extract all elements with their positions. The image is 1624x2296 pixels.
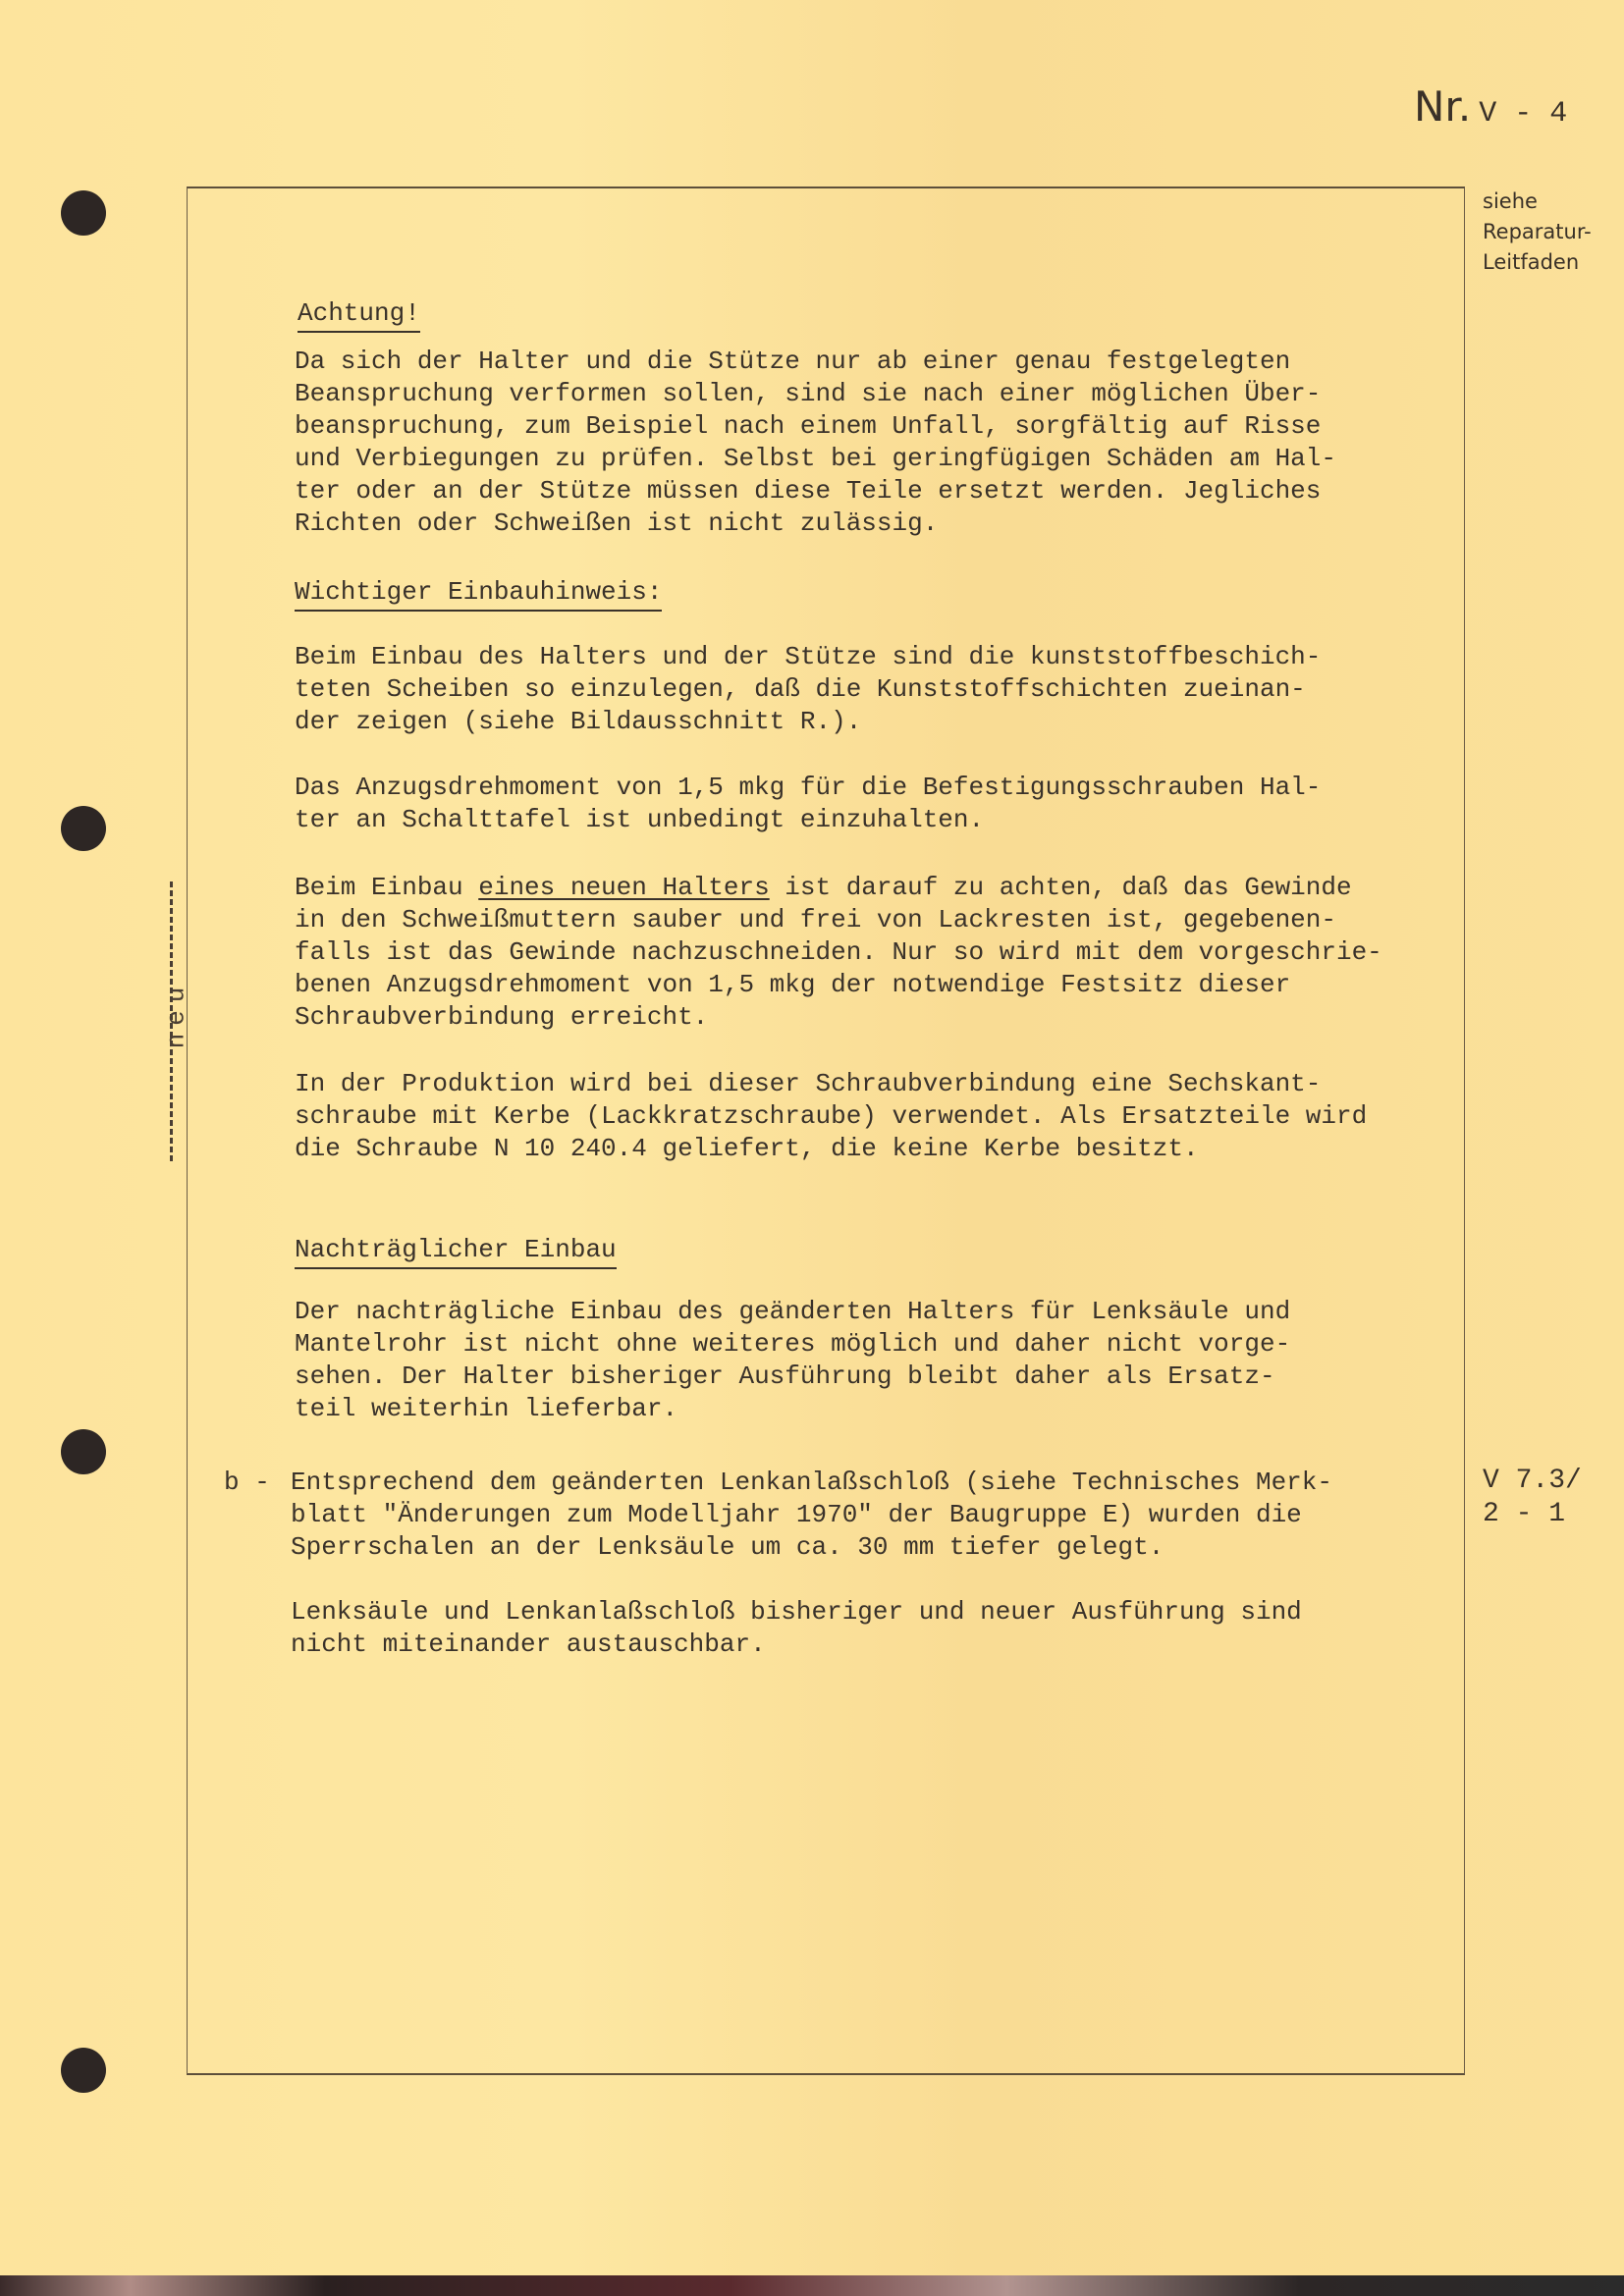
margin-reference-item-b: V 7.3/ 2 - 1: [1483, 1465, 1582, 1531]
margin-ref-line: Leitfaden: [1483, 247, 1592, 278]
text-line: die Schraube N 10 240.4 geliefert, die k…: [295, 1133, 1367, 1165]
paragraph-achtung: Da sich der Halter und die Stütze nur ab…: [295, 346, 1336, 540]
text-line: Der nachträgliche Einbau des geänderten …: [295, 1296, 1290, 1328]
text-span: Beim Einbau: [295, 873, 478, 902]
margin-ref-line: Reparatur-: [1483, 217, 1592, 247]
text-line: beanspruchung, zum Beispiel nach einem U…: [295, 410, 1336, 443]
punch-hole-icon: [61, 190, 106, 236]
text-line: sehen. Der Halter bisheriger Ausführung …: [295, 1361, 1290, 1393]
punch-hole-icon: [61, 2048, 106, 2093]
text-line: der zeigen (siehe Bildausschnitt R.).: [295, 706, 1321, 738]
text-line: Beim Einbau eines neuen Halters ist dara…: [295, 872, 1382, 904]
heading-nachtraeglich: Nachträglicher Einbau: [295, 1233, 617, 1269]
text-line: und Verbiegungen zu prüfen. Selbst bei g…: [295, 443, 1336, 475]
item-marker: b -: [224, 1467, 270, 1499]
text-line: Sperrschalen an der Lenksäule um ca. 30 …: [291, 1531, 1332, 1564]
scan-background-strip: [0, 2275, 1624, 2296]
text-line: ter an Schalttafel ist unbedingt einzuha…: [295, 804, 1321, 836]
text-line: Richten oder Schweißen ist nicht zulässi…: [295, 507, 1336, 540]
text-line: blatt "Änderungen zum Modelljahr 1970" d…: [291, 1499, 1332, 1531]
text-line: Das Anzugsdrehmoment von 1,5 mkg für die…: [295, 772, 1321, 804]
paragraph-einbau-1: Beim Einbau des Halters und der Stütze s…: [295, 641, 1321, 738]
text-line: falls ist das Gewinde nachzuschneiden. N…: [295, 936, 1382, 969]
nr-label: Nr.: [1414, 82, 1471, 131]
text-line: Beanspruchung verformen sollen, sind sie…: [295, 378, 1336, 410]
number-value: V - 4: [1479, 97, 1567, 131]
text-line: Beim Einbau des Halters und der Stütze s…: [295, 641, 1321, 673]
punch-hole-icon: [61, 1429, 106, 1474]
text-line: teil weiterhin lieferbar.: [295, 1393, 1290, 1425]
text-line: Da sich der Halter und die Stütze nur ab…: [295, 346, 1336, 378]
heading-achtung: Achtung!: [298, 296, 420, 333]
paragraph-einbau-2: Das Anzugsdrehmoment von 1,5 mkg für die…: [295, 772, 1321, 836]
text-line: in den Schweißmuttern sauber und frei vo…: [295, 904, 1382, 936]
text-line: Schraubverbindung erreicht.: [295, 1001, 1382, 1034]
text-line: Lenksäule und Lenkanlaßschloß bisheriger…: [291, 1596, 1332, 1629]
text-line: teten Scheiben so einzulegen, daß die Ku…: [295, 673, 1321, 706]
text-line: Mantelrohr ist nicht ohne weiteres mögli…: [295, 1328, 1290, 1361]
text-line: Entsprechend dem geänderten Lenkanlaßsch…: [291, 1467, 1332, 1499]
text-line: schraube mit Kerbe (Lackkratzschraube) v…: [295, 1100, 1367, 1133]
document-number: Nr.V - 4: [1414, 82, 1567, 131]
paragraph-item-b-1: Entsprechend dem geänderten Lenkanlaßsch…: [291, 1467, 1332, 1564]
heading-einbauhinweis: Wichtiger Einbauhinweis:: [295, 575, 662, 612]
paragraph-item-b-2: Lenksäule und Lenkanlaßschloß bisheriger…: [291, 1596, 1332, 1661]
text-line: ter oder an der Stütze müssen diese Teil…: [295, 475, 1336, 507]
paragraph-nachtraeglich: Der nachträgliche Einbau des geänderten …: [295, 1296, 1290, 1425]
margin-reference-top: siehe Reparatur- Leitfaden: [1483, 187, 1592, 278]
text-line: In der Produktion wird bei dieser Schrau…: [295, 1068, 1367, 1100]
neu-change-marker: neu: [157, 881, 187, 1161]
margin-ref-line: siehe: [1483, 187, 1592, 217]
text-span: ist darauf zu achten, daß das Gewinde: [770, 873, 1352, 902]
text-line: nicht miteinander austauschbar.: [291, 1629, 1332, 1661]
paragraph-einbau-4: In der Produktion wird bei dieser Schrau…: [295, 1068, 1367, 1165]
paragraph-einbau-3: Beim Einbau eines neuen Halters ist dara…: [295, 872, 1382, 1034]
neu-label: neu: [161, 980, 190, 1049]
text-line: benen Anzugsdrehmoment von 1,5 mkg der n…: [295, 969, 1382, 1001]
underlined-text: eines neuen Halters: [478, 873, 769, 902]
punch-hole-icon: [61, 806, 106, 851]
